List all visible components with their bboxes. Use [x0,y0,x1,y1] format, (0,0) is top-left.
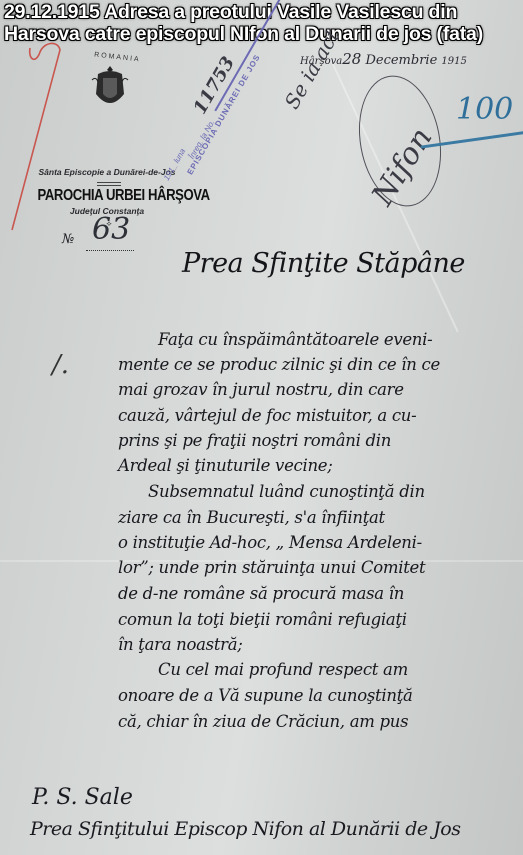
body-line: mente ce se produc zilnic şi din ce în c… [118,355,440,374]
body-line: prins şi pe fraţii noştri români din [118,431,391,450]
letterhead-country: ROMANIA [94,52,141,64]
body-line: în ţara noastră; [118,635,243,654]
body-line: onoare de a Vă supune la cunoştinţă [118,686,413,705]
body-line: că, chiar în ziua de Crăciun, am pus [118,712,408,731]
coat-of-arms-icon [90,64,130,114]
number-label: № [62,232,74,247]
blue-annotation-number: 100 [456,92,513,127]
margin-mark: /. [52,350,69,380]
letterhead-divider [97,182,121,186]
signoff: P. S. Sale [32,785,133,810]
addressee: Prea Sfinţitului Episcop Nifon al Dunări… [30,818,460,840]
date-day: 28 [342,50,361,68]
body-line: mai grozav în jurul nostru, din care [118,380,404,399]
body-line: o instituţie Ad-hoc, „ Mensa Ardeleni- [118,533,422,552]
body-line: comun la toţi bieţii români refugiaţi [118,610,407,629]
letterhead-parish-name: PAROCHIA URBEI HÂRŞOVA [37,187,178,205]
body-line: Ardeal şi ţinuturile vecine; [118,456,333,475]
body-line: ziare ca în Bucureşti, s'a înfiinţat [118,508,385,527]
number-underline [86,250,134,251]
body-line: de d-ne române să procură masa în [118,584,404,603]
body-line: Faţa cu înspăimântătoarele eveni- [158,330,432,349]
body-line: Cu cel mai profund respect am [158,660,408,679]
registration-stamp: EPISCOPIA DUNĂREI DE JOS Înreg. la No. 1… [185,55,305,185]
document-number: 63 [92,212,130,247]
date-month: Decembrie [365,53,437,68]
caption-line-1: 29.12.1915 Adresa a preotului Vasile Vas… [4,1,523,23]
salutation: Prea Sfinţite Stăpâne [182,248,465,279]
body-line: lor”; unde prin stăruinţa unui Comitet [118,558,425,577]
date-year: 1915 [441,56,466,67]
body-line: cauză, vârtejul de foc mistuitor, a cu- [118,406,416,425]
body-line: Subsemnatul luând cunoştinţă din [148,482,425,501]
